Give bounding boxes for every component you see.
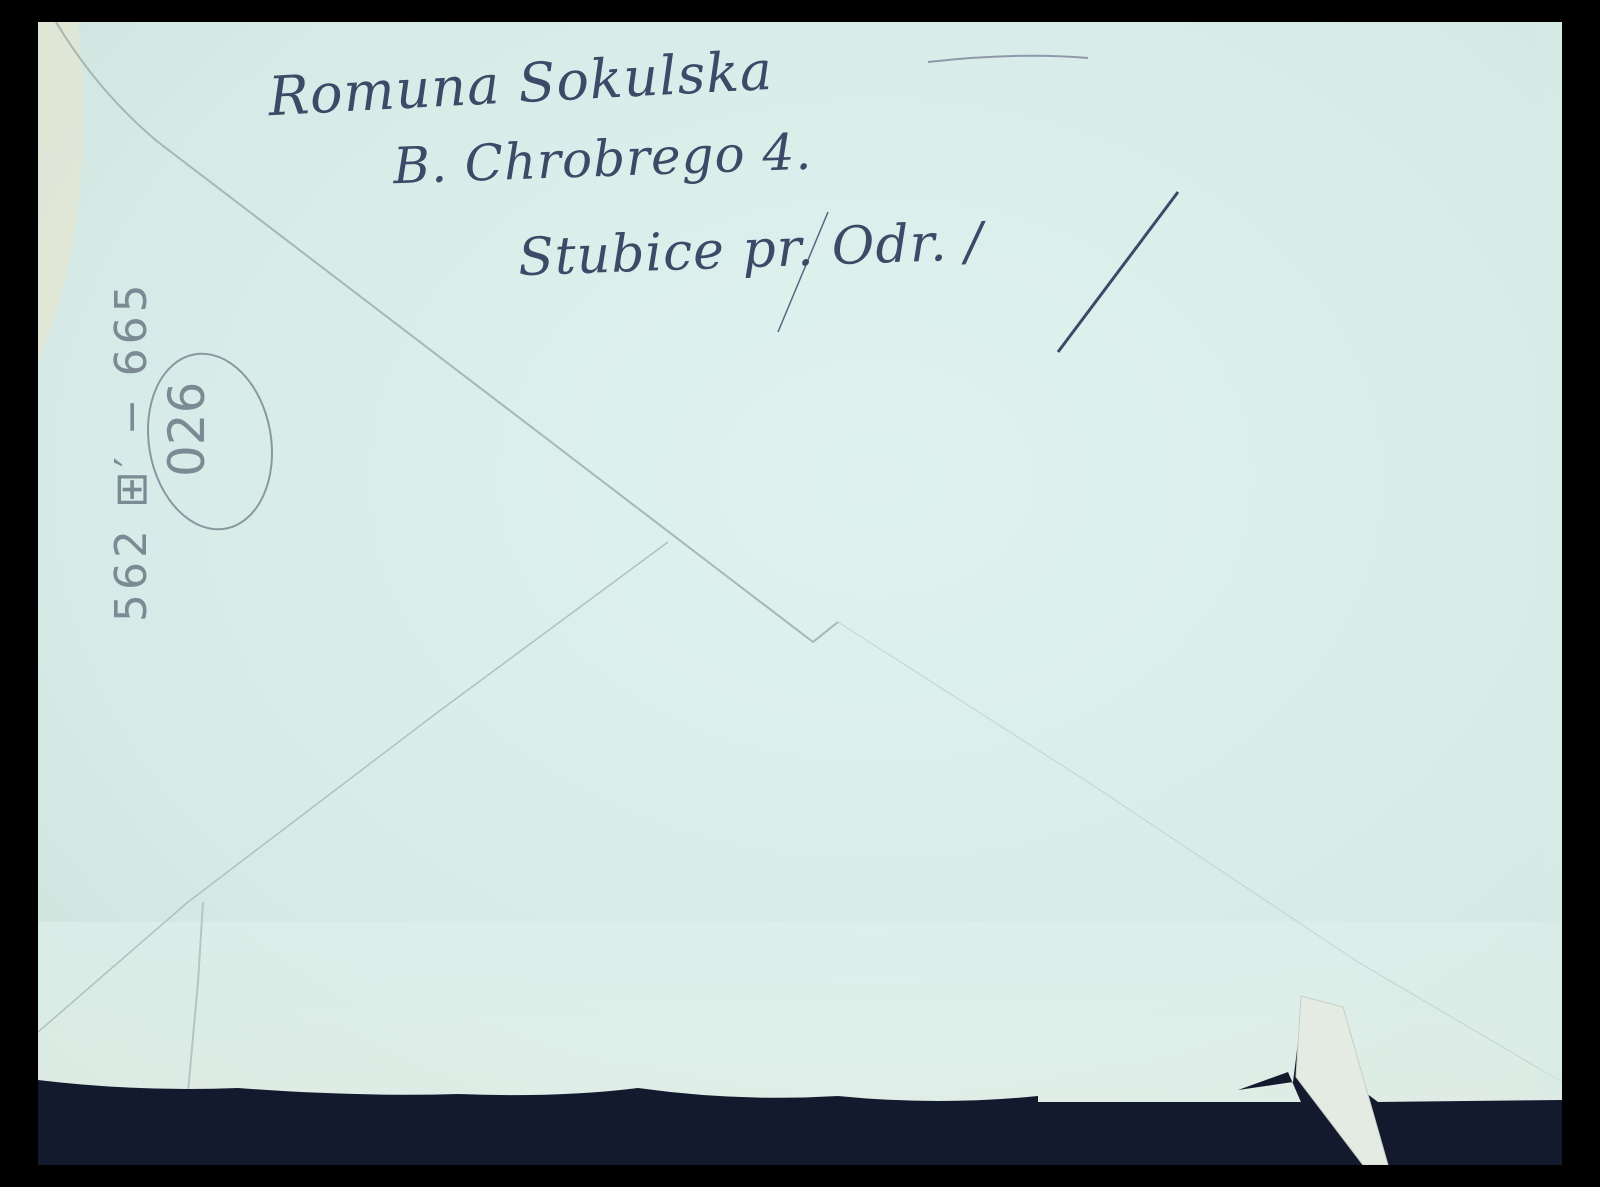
- pencil-circled-number: 026: [158, 382, 216, 477]
- envelope-back: Romuna Sokulska B. Chrobrego 4. Stubice …: [38, 22, 1562, 1165]
- envelope-paper: [38, 22, 1562, 1165]
